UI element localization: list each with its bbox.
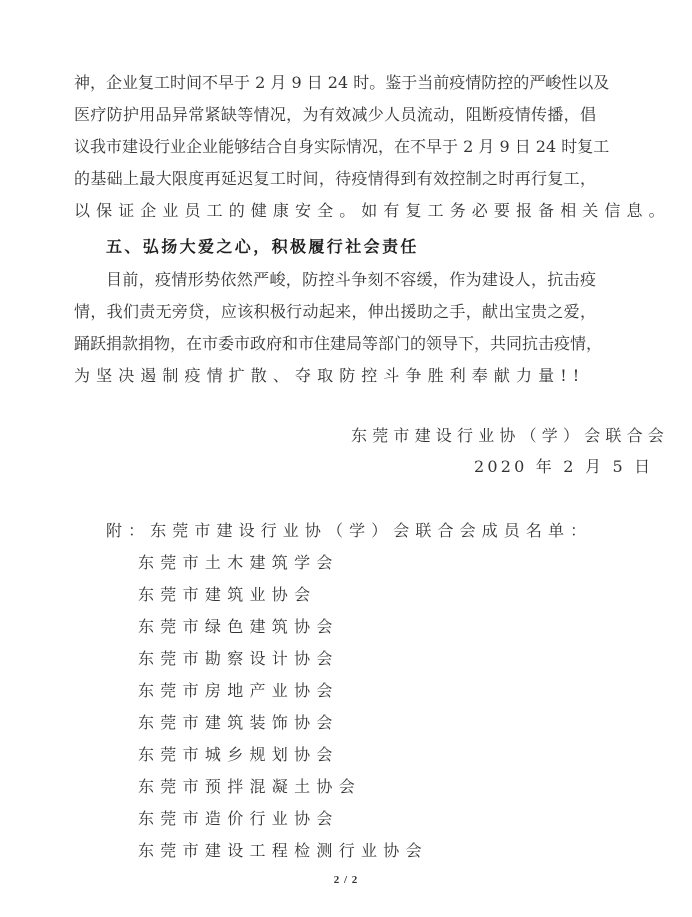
attachment-title: 附：东莞市建设行业协（学）会联合会成员名单：	[106, 521, 592, 541]
paragraph-line: 医疗防护用品异常紧缺等情况，为有效减少人员流动，阻断疫情传播，倡	[74, 105, 596, 125]
member-list-item: 东莞市房地产业协会	[138, 681, 339, 701]
signature-date: 2020 年 2 月 5 日	[474, 457, 653, 477]
member-list-item: 东莞市绿色建筑协会	[138, 617, 339, 637]
member-list-item: 东莞市建筑装饰协会	[138, 713, 339, 733]
member-list-item: 东莞市预拌混凝土协会	[138, 777, 361, 797]
paragraph-line: 以保证企业员工的健康安全。如有复工务必要报备相关信息。	[74, 201, 671, 221]
paragraph-line: 踊跃捐款捐物，在市委市政府和市住建局等部门的领导下，共同抗击疫情，	[74, 334, 596, 354]
member-list-item: 东莞市建筑业协会	[138, 585, 316, 605]
paragraph-line: 的基础上最大限度再延迟复工时间，待疫情得到有效控制之时再行复工，	[74, 169, 596, 189]
signature-organization: 东莞市建设行业协（学）会联合会	[351, 426, 669, 446]
member-list-item: 东莞市土木建筑学会	[138, 553, 339, 573]
paragraph-line: 目前，疫情形势依然严峻，防控斗争刻不容缓，作为建设人，抗击疫	[106, 270, 596, 290]
member-list-item: 东莞市造价行业协会	[138, 809, 339, 829]
member-list-item: 东莞市勘察设计协会	[138, 649, 339, 669]
paragraph-line: 议我市建设行业企业能够结合自身实际情况，在不早于 2 月 9 日 24 时复工	[74, 137, 596, 157]
member-list-item: 东莞市城乡规划协会	[138, 745, 339, 765]
paragraph-line: 为坚决遏制疫情扩散、夺取防控斗争胜利奉献力量!!	[74, 366, 585, 386]
document-page: 神，企业复工时间不早于 2 月 9 日 24 时。鉴于当前疫情防控的严峻性以及 …	[0, 0, 692, 917]
paragraph-line: 神，企业复工时间不早于 2 月 9 日 24 时。鉴于当前疫情防控的严峻性以及	[74, 73, 596, 93]
member-list-item: 东莞市建设工程检测行业协会	[138, 841, 428, 861]
paragraph-line: 情，我们责无旁贷，应该积极行动起来，伸出援助之手，献出宝贵之爱，	[74, 302, 596, 322]
section-heading: 五、弘扬大爱之心，积极履行社会责任	[106, 237, 419, 257]
page-number: 2 / 2	[0, 874, 692, 886]
